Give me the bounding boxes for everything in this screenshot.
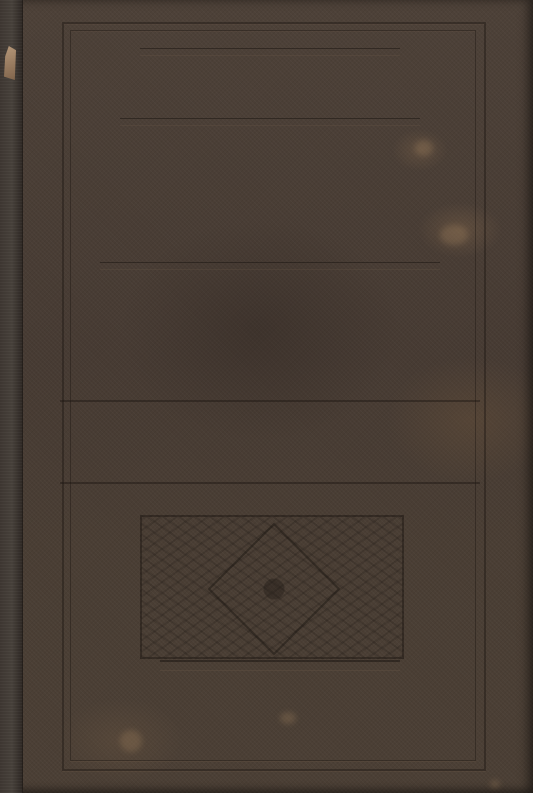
book-cover [0, 0, 533, 793]
central-stamped-panel [60, 400, 480, 484]
upper-decorative-rule [120, 118, 420, 126]
book-spine [0, 0, 23, 793]
middle-decorative-rule [100, 262, 440, 270]
wear-spot [440, 225, 468, 245]
wear-spot [280, 712, 296, 724]
ornament-base-rule [160, 660, 400, 671]
foliate-ornament [140, 515, 404, 659]
top-decorative-rule [140, 48, 400, 56]
ornament-center-motif [208, 523, 341, 656]
spine-tear [4, 46, 16, 80]
wear-spot [490, 780, 500, 788]
wear-spot [120, 730, 142, 752]
wear-spot [415, 140, 433, 156]
